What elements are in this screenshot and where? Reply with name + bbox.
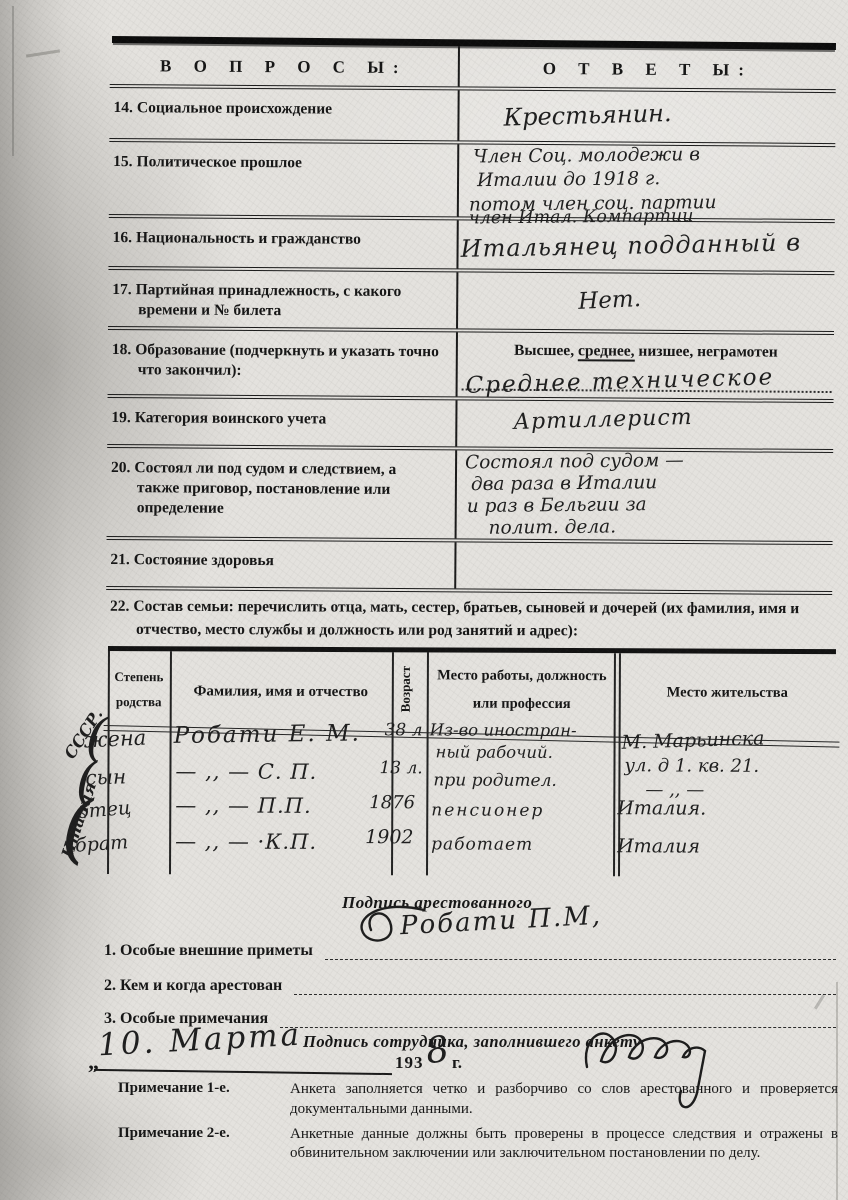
- fill-line: [325, 942, 836, 960]
- qa-row-17: 17.Партийная принадлежность, с какого вр…: [108, 270, 834, 335]
- family-residence: ул. д 1. кв. 21.: [624, 757, 759, 776]
- column-divider: [426, 652, 429, 875]
- qa-row-16: 16.Национальность и гражданство член Ита…: [108, 218, 834, 275]
- answer-14: Крестьянин.: [457, 90, 835, 143]
- family-work: пенсионер: [431, 802, 544, 819]
- fill-line: [294, 977, 836, 995]
- family-work: при родител.: [433, 772, 557, 790]
- answer-18: Высшее, среднее, низшее, неграмотен Сред…: [456, 332, 834, 399]
- family-name: — ,, — ·К.П.: [175, 831, 317, 853]
- handwritten-answer: полит. дела.: [489, 518, 617, 538]
- family-name: Робати Е. М.: [173, 722, 361, 747]
- handwritten-answer: Итальянец подданный в: [460, 230, 801, 261]
- col-header-residence: Место жительства: [619, 679, 836, 707]
- item-1: 1. Особые внешние приметы: [104, 942, 836, 960]
- col-header-name: Фамилия, имя и отчество: [170, 677, 392, 706]
- family-work: Из-во иностран-: [430, 722, 577, 739]
- qa-row-14: 14.Социальное происхождение Крестьянин.: [109, 88, 835, 147]
- answer-19: Артиллерист: [455, 400, 833, 449]
- year-suffix: г.: [452, 1053, 462, 1073]
- family-work: ный рабочий.: [436, 744, 553, 761]
- questions-answers-table: В О П Р О С Ы: О Т В Е Т Ы: 14.Социально…: [106, 44, 836, 595]
- scan-torn-edge-line: [12, 6, 14, 156]
- handwritten-answer: Нет.: [578, 288, 642, 314]
- footnote-1: Примечание 1-е. Анкета заполняется четко…: [118, 1080, 838, 1120]
- handwritten-answer: два раза в Италии: [471, 474, 657, 494]
- handwritten-answer: член Итал. Компартии: [469, 208, 694, 228]
- date-underline: [94, 1069, 392, 1075]
- handwritten-answer: Италии до 1918 г.: [477, 170, 660, 190]
- scan-right-tick: [814, 994, 825, 1009]
- family-residence: М. Марьинска: [621, 729, 764, 752]
- qa-row-19: 19.Категория воинского учета Артиллерист: [107, 398, 833, 453]
- family-name: — ,, — С. П.: [175, 761, 317, 783]
- family-work: работает: [431, 836, 533, 853]
- footnotes: Примечание 1-е. Анкета заполняется четко…: [118, 1080, 838, 1169]
- open-quote: „: [88, 1049, 99, 1075]
- family-age: 38 л: [385, 722, 423, 739]
- question-20: 20.Состоял ли под судом и следствием, а …: [107, 448, 456, 538]
- answer-20: Состоял под судом — два раза в Италии и …: [455, 450, 834, 541]
- column-divider: [613, 653, 615, 876]
- answer-17: Нет.: [456, 272, 834, 331]
- qa-row-21: 21.Состояние здоровья: [106, 540, 832, 595]
- question-19: 19.Категория воинского учета: [107, 398, 455, 446]
- family-residence: Италия: [617, 837, 700, 856]
- scanned-arrest-questionnaire-page: В О П Р О С Ы: О Т В Е Т Ы: 14.Социально…: [0, 0, 848, 1200]
- question-16: 16.Национальность и гражданство: [108, 218, 456, 268]
- handwritten-answer: Артиллерист: [513, 407, 693, 434]
- underlined-option: среднее,: [578, 342, 635, 361]
- question-14: 14.Социальное происхождение: [109, 88, 457, 140]
- question-15: 15.Политическое прошлое: [109, 142, 457, 216]
- family-age: 1876: [369, 794, 415, 812]
- answer-21-empty: [454, 542, 832, 591]
- family-name: — ,, — П.П.: [175, 795, 311, 817]
- education-options: Высшее, среднее, низшее, неграмотен: [458, 332, 834, 362]
- handwritten-answer: Среднее техническое: [465, 366, 774, 398]
- handwritten-answer: Член Соц. молодежи в: [473, 146, 700, 167]
- item-2: 2. Кем и когда арестован: [104, 977, 836, 995]
- qa-row-18: 18.Образование (подчеркнуть и указать то…: [108, 330, 834, 403]
- family-age: 1902: [365, 828, 413, 847]
- question-18: 18.Образование (подчеркнуть и указать то…: [108, 330, 456, 396]
- handwritten-answer: и раз в Бельгии за: [467, 496, 647, 516]
- col-header-work: Место работы, должность или профессия: [435, 662, 609, 718]
- margin-brace: (: [60, 789, 94, 866]
- handwritten-answer: Состоял под судом —: [465, 452, 684, 473]
- questions-column-header: В О П Р О С Ы:: [110, 44, 458, 86]
- question-17: 17.Партийная принадлежность, с какого вр…: [108, 270, 456, 328]
- col-header-age: Возраст: [394, 656, 425, 722]
- qa-header-row: В О П Р О С Ы: О Т В Е Т Ы:: [110, 44, 836, 93]
- handwritten-answer: Крестьянин.: [503, 101, 672, 130]
- scan-edge-tick: [26, 49, 60, 57]
- year-printed: 193: [395, 1053, 424, 1073]
- answers-column-header: О Т В Е Т Ы:: [458, 46, 836, 89]
- handwritten-date: 10. Марта: [97, 1020, 302, 1062]
- col-header-relation: Степень родства: [110, 665, 168, 715]
- family-age: 13 л.: [379, 760, 422, 777]
- family-table: Степень родства Фамилия, имя и отчество …: [107, 646, 836, 881]
- answer-16: член Итал. Компартии Итальянец подданный…: [456, 220, 834, 271]
- family-residence: Италия.: [617, 799, 706, 818]
- question-22: 22.Состав семьи: перечислить отца, мать,…: [110, 595, 838, 644]
- footnote-2: Примечание 2-е. Анкетные данные должны б…: [118, 1125, 838, 1165]
- qa-row-20: 20.Состоял ли под судом и следствием, а …: [107, 448, 834, 545]
- question-21: 21.Состояние здоровья: [106, 540, 454, 588]
